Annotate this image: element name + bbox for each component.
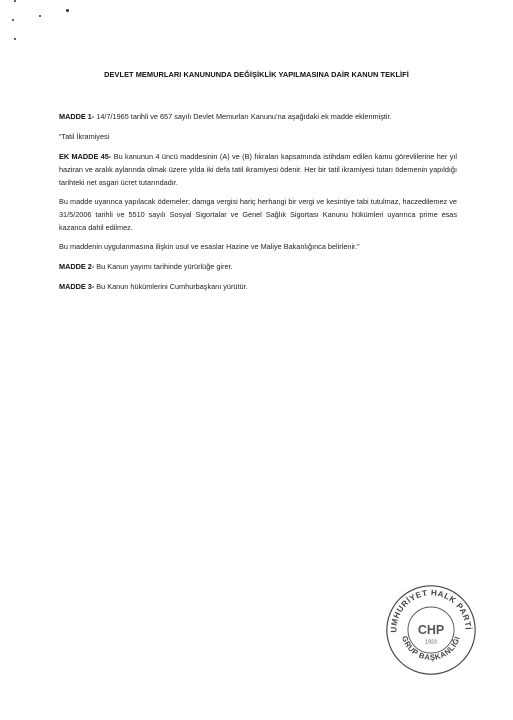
article-3: MADDE 3- Bu Kanun hükümlerini Cumhurbaşk… [59, 280, 457, 293]
seal-year: 1923 [425, 639, 437, 645]
paragraph-payments: Bu madde uyarınca yapılacak ödemeler; da… [59, 195, 457, 235]
scan-speck [66, 9, 69, 12]
article-2: MADDE 2- Bu Kanun yayımı tarihinde yürür… [59, 260, 457, 273]
party-seal-icon: CUMHURİYET HALK PARTİSİ GRUP BAŞKANLIĞI … [383, 582, 479, 678]
paragraph-text: Bu maddenin uygulanmasına ilişkin usul v… [59, 242, 360, 251]
article-text: Bu Kanun yayımı tarihinde yürürlüğe gire… [94, 262, 232, 271]
scan-speck [39, 15, 41, 17]
article-label: MADDE 1- [59, 112, 94, 121]
article-text: Bu kanunun 4 üncü maddesinin (A) ve (B) … [59, 152, 457, 187]
seal-logo: CHP [418, 623, 444, 637]
article-text: Bu Kanun hükümlerini Cumhurbaşkanı yürüt… [94, 282, 247, 291]
article-label: EK MADDE 45- [59, 152, 111, 161]
article-1: MADDE 1- 14/7/1965 tarihli ve 657 sayılı… [59, 110, 457, 123]
scan-speck [14, 0, 16, 2]
paragraph-text: Bu madde uyarınca yapılacak ödemeler; da… [59, 197, 457, 232]
article-text: 14/7/1965 tarihli ve 657 sayılı Devlet M… [94, 112, 391, 121]
paragraph-procedures: Bu maddenin uygulanmasına ilişkin usul v… [59, 240, 457, 253]
article-label: MADDE 2- [59, 262, 94, 271]
scan-speck [12, 19, 14, 21]
document-page: DEVLET MEMURLARI KANUNUNDA DEĞİŞİKLİK YA… [0, 0, 513, 720]
article-label: MADDE 3- [59, 282, 94, 291]
section-heading-text: “Tatil İkramiyesi [59, 132, 109, 141]
document-title: DEVLET MEMURLARI KANUNUNDA DEĞİŞİKLİK YA… [0, 70, 513, 79]
section-heading: “Tatil İkramiyesi [59, 130, 457, 143]
additional-article-45: EK MADDE 45- Bu kanunun 4 üncü maddesini… [59, 150, 457, 190]
scan-speck [14, 38, 16, 40]
